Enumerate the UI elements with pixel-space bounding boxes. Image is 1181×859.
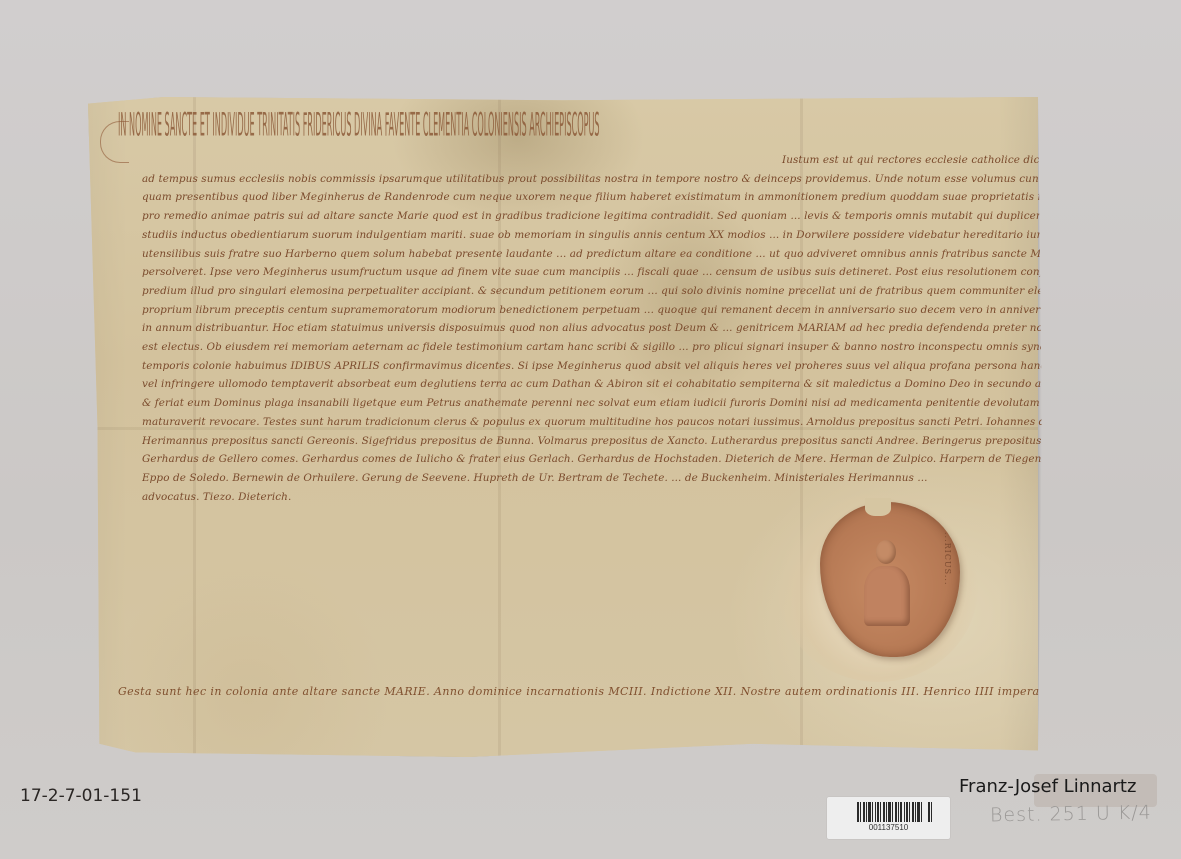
barcode-sticker: 001137510 [827, 797, 950, 839]
text-line: quam presentibus quod liber Meginherus d… [142, 188, 1052, 207]
text-line: pro remedio animae patris sui ad altare … [142, 207, 1052, 226]
text-line: predium illud pro singulari elemosina pe… [142, 282, 1052, 301]
wax-seal-area: ...RICUS... [778, 492, 978, 682]
wax-seal-icon: ...RICUS... [820, 502, 960, 657]
text-line: Gerhardus de Gellero comes. Gerhardus co… [142, 450, 1052, 469]
text-line: Herimannus prepositus sancti Gereonis. S… [142, 432, 1052, 451]
barcode-icon [857, 802, 939, 822]
text-line: studiis inductus obedientiarum suorum in… [142, 226, 1052, 245]
text-line: vel infringere ullomodo temptaverit abso… [142, 375, 1052, 394]
text-line: maturaverit revocare. Testes sunt harum … [142, 413, 1052, 432]
photographer-credit: Franz-Josef Linnartz [959, 776, 1136, 797]
text-line: utensilibus suis fratre suo Harberno que… [142, 245, 1052, 264]
shelfmark-handwritten: Best. 251 U K/4 [990, 802, 1152, 827]
text-line: Iustum est ut qui rectores ecclesie cath… [142, 151, 1052, 170]
barcode-number: 001137510 [827, 823, 950, 832]
text-line: persolveret. Ipse vero Meginherus usumfr… [142, 263, 1052, 282]
seal-bishop-figure-icon [864, 540, 910, 630]
dating-clause: Gesta sunt hec in colonia ante altare sa… [118, 685, 1080, 698]
text-line: in annum distribuantur. Hoc etiam statui… [142, 319, 1052, 338]
text-line: proprium librum preceptis centum suprame… [142, 301, 1052, 320]
text-line: temporis colonie habuimus IDIBUS APRILIS… [142, 357, 1052, 376]
archive-id-label: 17-2-7-01-151 [20, 786, 142, 806]
seal-figure-head [876, 540, 896, 564]
charter-body: Iustum est ut qui rectores ecclesie cath… [142, 151, 1052, 506]
text-line: Eppo de Soledo. Bernewin de Orhuilere. G… [142, 469, 1052, 488]
text-line: ad tempus sumus ecclesiis nobis commissi… [142, 170, 1052, 189]
text-line: & feriat eum Dominus plaga insanabili li… [142, 394, 1052, 413]
text-line: est electus. Ob eiusdem rei memoriam aet… [142, 338, 1052, 357]
seal-figure-body [864, 566, 910, 626]
parchment-charter: In nomine sancte et individue trinitatis… [88, 97, 1038, 757]
seal-break [865, 498, 891, 516]
seal-legend: ...RICUS... [943, 532, 952, 586]
